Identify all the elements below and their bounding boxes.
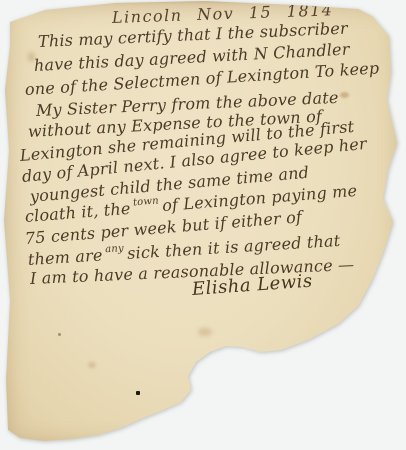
inserted-word: town bbox=[133, 195, 160, 208]
fox-stain bbox=[198, 328, 212, 336]
paper-shadow: Lincoln Nov 15 1814 This may certify tha… bbox=[0, 0, 406, 450]
manuscript-paper: Lincoln Nov 15 1814 This may certify tha… bbox=[0, 0, 406, 450]
paper-speck bbox=[58, 333, 61, 336]
scanned-document-page: Lincoln Nov 15 1814 This may certify tha… bbox=[0, 0, 406, 450]
fox-stain bbox=[88, 362, 96, 368]
inserted-word: any bbox=[105, 243, 124, 255]
fox-stain bbox=[340, 92, 349, 98]
fox-stain bbox=[28, 52, 35, 62]
ink-spot bbox=[136, 391, 140, 395]
